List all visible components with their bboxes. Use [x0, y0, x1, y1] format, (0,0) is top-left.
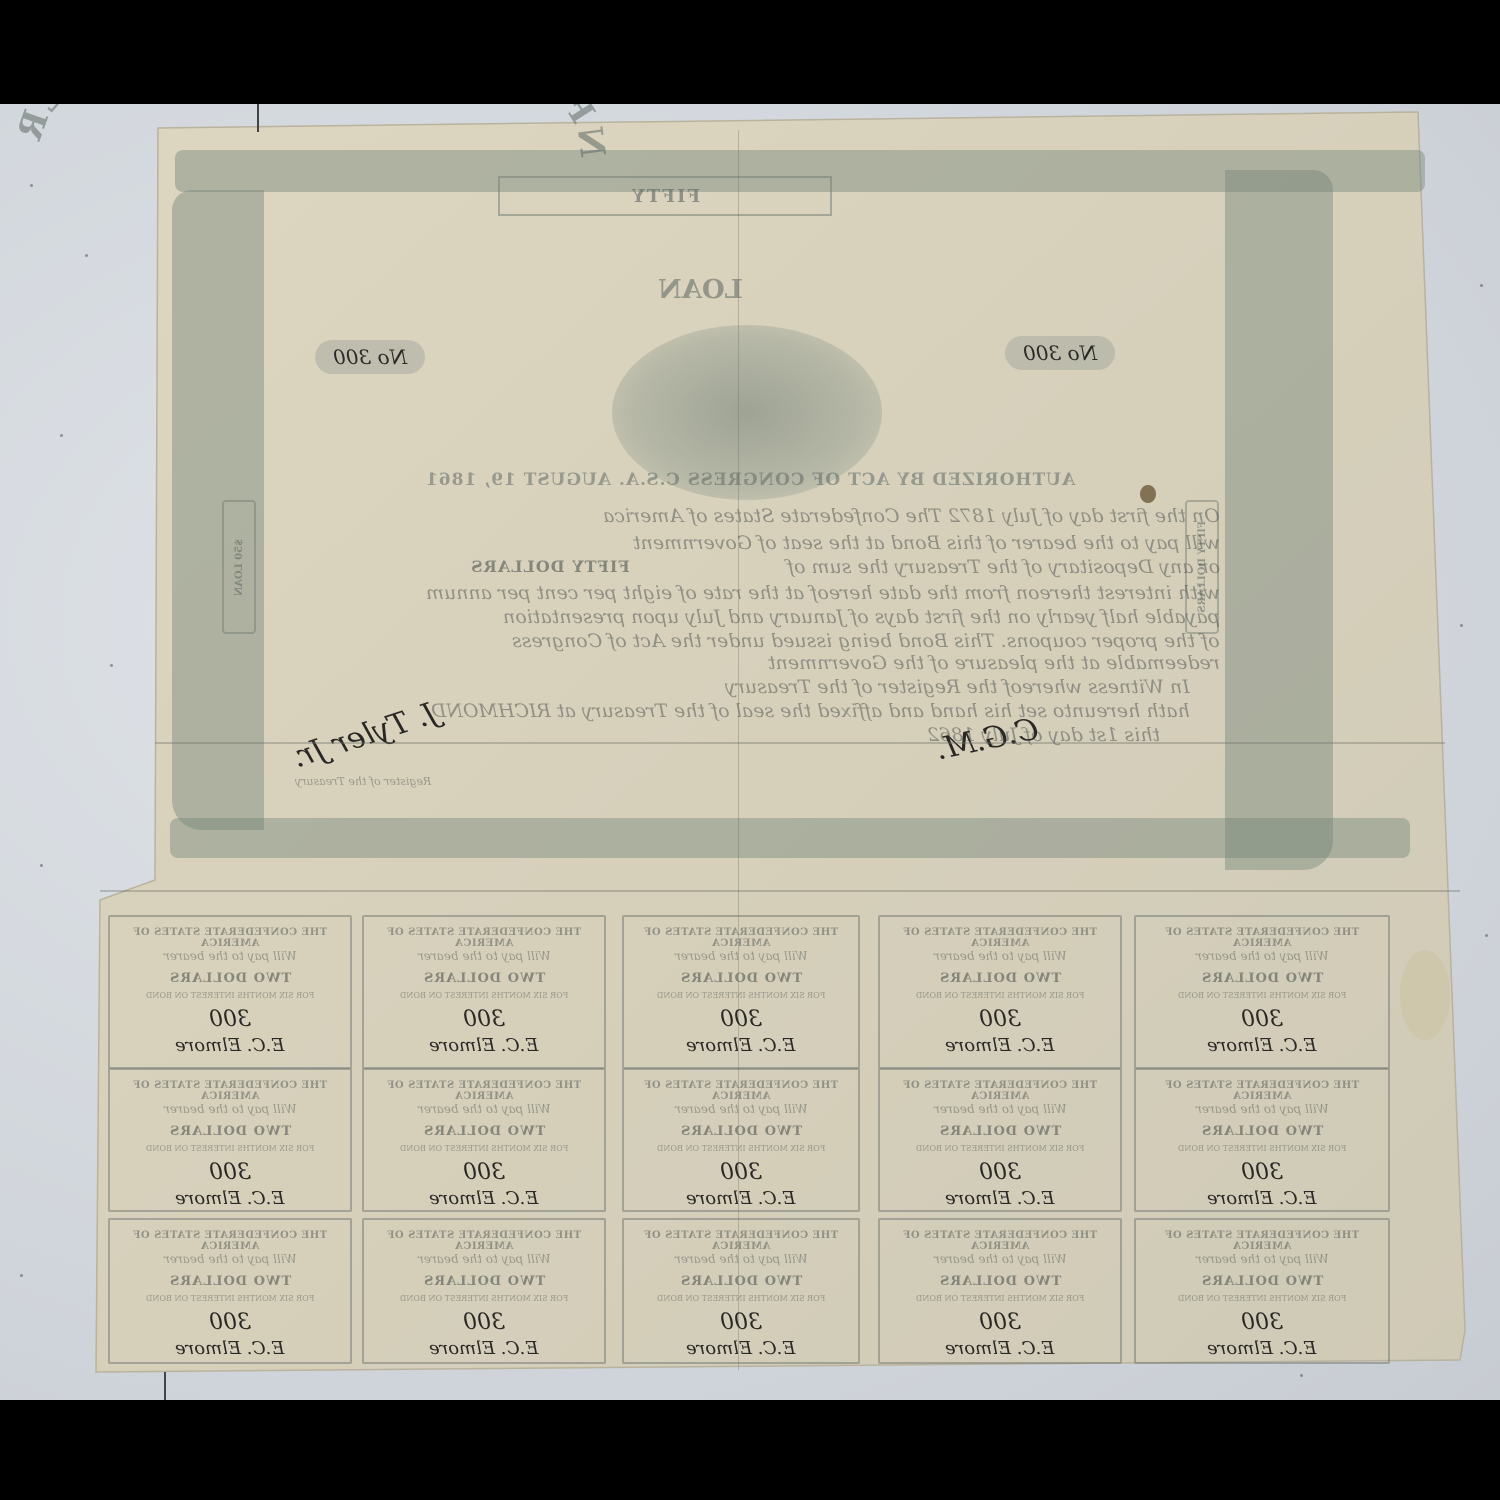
coupon-signature: E.C. Elmore [1136, 1035, 1388, 1056]
coupon-number-text: 300 [720, 1007, 762, 1032]
witness-line: In Witness whereof the Register of the T… [290, 676, 1190, 698]
coupon-heading-text: THE CONFEDERATE STATES OF AMERICA [110, 1230, 350, 1252]
top-denomination-tablet: FIFTY [498, 176, 832, 216]
side-tab-left-text: $50 LOAN [234, 539, 245, 596]
authorization-line: AUTHORIZED BY ACT OF CONGRESS C.S.A. AUG… [270, 470, 1230, 490]
coupon-signature: E.C. Elmore [1136, 1188, 1388, 1209]
coupon-script: Will pay to the bearer [880, 1102, 1120, 1116]
letterbox-bottom [0, 1400, 1500, 1500]
coupon-heading: THE CONFEDERATE STATES OF AMERICA [624, 927, 858, 949]
coupon-number: 300 [364, 1310, 604, 1335]
coupon-script: Will pay to the bearer [110, 949, 350, 963]
border-right [1225, 170, 1333, 870]
coupon-signature-text: E.C. Elmore [945, 1188, 1055, 1209]
coupon-signature: E.C. Elmore [624, 1035, 858, 1056]
coupon-heading: THE CONFEDERATE STATES OF AMERICA [880, 1230, 1120, 1252]
coupon-script-text: Will pay to the bearer [1196, 1102, 1329, 1116]
coupon-heading-text: THE CONFEDERATE STATES OF AMERICA [364, 927, 604, 949]
coupon-signature-text: E.C. Elmore [686, 1188, 796, 1209]
coupon-script-text: Will pay to the bearer [934, 1102, 1067, 1116]
coupon-signature: E.C. Elmore [110, 1338, 350, 1359]
coupon-script-text: Will pay to the bearer [1196, 1252, 1329, 1266]
coupon-signature: E.C. Elmore [364, 1035, 604, 1056]
coupon-number-text: 300 [979, 1310, 1021, 1335]
interest-coupon: THE CONFEDERATE STATES OF AMERICA Will p… [622, 915, 860, 1069]
coupon-interest: FOR SIX MONTHS INTEREST ON BOND [364, 1144, 604, 1153]
amount-words: FIFTY DOLLARS [470, 557, 630, 576]
coupon-amount: TWO DOLLARS [880, 1124, 1120, 1139]
coupon-number: 300 [1136, 1310, 1388, 1335]
coupon-signature: E.C. Elmore [880, 1338, 1120, 1359]
coupon-signature: E.C. Elmore [1136, 1338, 1388, 1359]
bond-body-line: with interest thereon from the date here… [290, 582, 1220, 604]
side-tablet-left: $50 LOAN [222, 500, 256, 634]
authorization-text: AUTHORIZED BY ACT OF CONGRESS C.S.A. AUG… [425, 470, 1075, 490]
coupon-perforation [100, 890, 1460, 892]
coupon-script: Will pay to the bearer [364, 949, 604, 963]
coupon-number-text: 300 [1241, 1007, 1283, 1032]
coupon-amount: TWO DOLLARS [1136, 1274, 1388, 1289]
coupon-amount-text: TWO DOLLARS [423, 1274, 545, 1289]
coupon-number-text: 300 [463, 1160, 505, 1185]
body-line-text: payable half yearly on the first days of… [503, 606, 1220, 628]
coupon-signature: E.C. Elmore [880, 1035, 1120, 1056]
witness-line-text: In Witness whereof the Register of the T… [725, 676, 1190, 698]
coupon-amount-text: TWO DOLLARS [423, 1124, 545, 1139]
bond-body-line: of the proper coupons. This Bond being i… [290, 630, 1220, 652]
letterbox-top [0, 0, 1500, 104]
coupon-script: Will pay to the bearer [1136, 1252, 1388, 1266]
stain-spot [1400, 950, 1450, 1040]
coupon-signature-text: E.C. Elmore [429, 1188, 539, 1209]
coupon-heading: THE CONFEDERATE STATES OF AMERICA [624, 1230, 858, 1252]
coupon-interest-text: FOR SIX MONTHS INTEREST ON BOND [916, 1294, 1084, 1303]
coupon-amount: TWO DOLLARS [624, 971, 858, 986]
coupon-heading-text: THE CONFEDERATE STATES OF AMERICA [1136, 927, 1388, 949]
coupon-script: Will pay to the bearer [624, 1102, 858, 1116]
coupon-heading: THE CONFEDERATE STATES OF AMERICA [880, 1080, 1120, 1102]
coupon-script-text: Will pay to the bearer [164, 949, 297, 963]
coupon-signature: E.C. Elmore [880, 1188, 1120, 1209]
coupon-heading-text: THE CONFEDERATE STATES OF AMERICA [880, 1230, 1120, 1252]
bond-body-line: On the first day of July 1872 The Confed… [290, 505, 1220, 527]
coupon-signature-text: E.C. Elmore [686, 1338, 796, 1359]
interest-coupon: THE CONFEDERATE STATES OF AMERICA Will p… [362, 1218, 606, 1364]
coupon-script: Will pay to the bearer [880, 949, 1120, 963]
coupon-interest: FOR SIX MONTHS INTEREST ON BOND [1136, 991, 1388, 1000]
coupon-heading: THE CONFEDERATE STATES OF AMERICA [110, 927, 350, 949]
coupon-signature-text: E.C. Elmore [1207, 1188, 1317, 1209]
body-line-text: or any Depositary of the Treasury the su… [787, 556, 1220, 578]
coupon-heading-text: THE CONFEDERATE STATES OF AMERICA [364, 1080, 604, 1102]
coupon-script: Will pay to the bearer [624, 949, 858, 963]
coupon-signature: E.C. Elmore [364, 1188, 604, 1209]
interest-coupon: THE CONFEDERATE STATES OF AMERICA Will p… [878, 1218, 1122, 1364]
coupon-number: 300 [110, 1310, 350, 1335]
register-caption: Register of the Treasury [295, 775, 431, 788]
coupon-amount: TWO DOLLARS [364, 1124, 604, 1139]
coupon-number-text: 300 [209, 1007, 251, 1032]
coupon-interest-text: FOR SIX MONTHS INTEREST ON BOND [916, 991, 1084, 1000]
coupon-signature: E.C. Elmore [110, 1188, 350, 1209]
interest-coupon: THE CONFEDERATE STATES OF AMERICA Will p… [108, 915, 352, 1069]
stain-spot [1140, 485, 1156, 503]
coupon-script: Will pay to the bearer [624, 1252, 858, 1266]
coupon-interest-text: FOR SIX MONTHS INTEREST ON BOND [400, 1294, 568, 1303]
coupon-amount-text: TWO DOLLARS [680, 1274, 802, 1289]
coupon-amount: TWO DOLLARS [364, 971, 604, 986]
coupon-signature-text: E.C. Elmore [945, 1035, 1055, 1056]
amount-words-text: FIFTY DOLLARS [470, 557, 630, 576]
coupon-interest: FOR SIX MONTHS INTEREST ON BOND [364, 991, 604, 1000]
coupon-interest-text: FOR SIX MONTHS INTEREST ON BOND [400, 1144, 568, 1153]
witness-line-2-text: hath hereunto set his hand and affixed t… [431, 700, 1190, 722]
coupon-script: Will pay to the bearer [1136, 949, 1388, 963]
coupon-number-text: 300 [209, 1310, 251, 1335]
coupon-amount: TWO DOLLARS [1136, 971, 1388, 986]
coupon-interest-text: FOR SIX MONTHS INTEREST ON BOND [146, 991, 314, 1000]
coupon-script-text: Will pay to the bearer [418, 1252, 551, 1266]
coupon-number-text: 300 [720, 1310, 762, 1335]
coupon-script-text: Will pay to the bearer [675, 1252, 808, 1266]
coupon-heading: THE CONFEDERATE STATES OF AMERICA [364, 927, 604, 949]
coupon-amount: TWO DOLLARS [880, 971, 1120, 986]
coupon-heading-text: THE CONFEDERATE STATES OF AMERICA [624, 927, 858, 949]
coupon-signature-text: E.C. Elmore [1207, 1035, 1317, 1056]
coupon-number-text: 300 [720, 1160, 762, 1185]
coupon-script: Will pay to the bearer [110, 1102, 350, 1116]
coupon-signature-text: E.C. Elmore [429, 1035, 539, 1056]
coupon-amount: TWO DOLLARS [624, 1274, 858, 1289]
coupon-heading: THE CONFEDERATE STATES OF AMERICA [1136, 1080, 1388, 1102]
coupon-signature-text: E.C. Elmore [945, 1338, 1055, 1359]
coupon-amount-text: TWO DOLLARS [1201, 1124, 1323, 1139]
coupon-script: Will pay to the bearer [364, 1252, 604, 1266]
coupon-amount-text: TWO DOLLARS [680, 971, 802, 986]
coupon-amount-text: TWO DOLLARS [939, 1124, 1061, 1139]
coupon-interest: FOR SIX MONTHS INTEREST ON BOND [880, 1294, 1120, 1303]
body-line-text: redeemable at the pleasure of the Govern… [768, 652, 1220, 674]
coupon-amount-text: TWO DOLLARS [169, 1274, 291, 1289]
coupon-heading: THE CONFEDERATE STATES OF AMERICA [1136, 1230, 1388, 1252]
coupon-signature: E.C. Elmore [110, 1035, 350, 1056]
coupon-interest: FOR SIX MONTHS INTEREST ON BOND [624, 1144, 858, 1153]
coupon-interest-text: FOR SIX MONTHS INTEREST ON BOND [1178, 991, 1346, 1000]
coupon-number: 300 [1136, 1007, 1388, 1032]
interest-coupon: THE CONFEDERATE STATES OF AMERICA Will p… [362, 915, 606, 1069]
coupon-heading-text: THE CONFEDERATE STATES OF AMERICA [1136, 1080, 1388, 1102]
interest-coupon: THE CONFEDERATE STATES OF AMERICA Will p… [108, 1068, 352, 1212]
coupon-number: 300 [110, 1160, 350, 1185]
interest-coupon: THE CONFEDERATE STATES OF AMERICA Will p… [622, 1218, 860, 1364]
body-line-text: will pay to the bearer of this Bond at t… [633, 532, 1220, 554]
coupon-amount-text: TWO DOLLARS [423, 971, 545, 986]
coupon-heading: THE CONFEDERATE STATES OF AMERICA [364, 1080, 604, 1102]
interest-coupon: THE CONFEDERATE STATES OF AMERICA Will p… [108, 1218, 352, 1364]
coupon-heading-text: THE CONFEDERATE STATES OF AMERICA [624, 1230, 858, 1252]
coupon-heading: THE CONFEDERATE STATES OF AMERICA [110, 1080, 350, 1102]
coupon-interest-text: FOR SIX MONTHS INTEREST ON BOND [400, 991, 568, 1000]
coupon-number: 300 [624, 1160, 858, 1185]
horizontal-fold [155, 742, 1445, 744]
coupon-amount: TWO DOLLARS [110, 1274, 350, 1289]
coupon-number: 300 [880, 1160, 1120, 1185]
body-line-text: with interest thereon from the date here… [426, 582, 1220, 604]
coupon-number: 300 [624, 1007, 858, 1032]
coupon-heading-text: THE CONFEDERATE STATES OF AMERICA [364, 1230, 604, 1252]
serial-number-left: No 300 [315, 340, 425, 374]
coupon-heading: THE CONFEDERATE STATES OF AMERICA [110, 1230, 350, 1252]
coupon-number-text: 300 [979, 1007, 1021, 1032]
coupon-interest-text: FOR SIX MONTHS INTEREST ON BOND [1178, 1294, 1346, 1303]
coupon-script: Will pay to the bearer [110, 1252, 350, 1266]
coupon-script-text: Will pay to the bearer [934, 949, 1067, 963]
coupon-heading-text: THE CONFEDERATE STATES OF AMERICA [1136, 1230, 1388, 1252]
serial-number-right: No 300 [1005, 336, 1115, 370]
coupon-interest: FOR SIX MONTHS INTEREST ON BOND [624, 991, 858, 1000]
coupon-signature-text: E.C. Elmore [1207, 1338, 1317, 1359]
coupon-interest-text: FOR SIX MONTHS INTEREST ON BOND [916, 1144, 1084, 1153]
coupon-signature-text: E.C. Elmore [686, 1035, 796, 1056]
interest-coupon: THE CONFEDERATE STATES OF AMERICA Will p… [878, 915, 1122, 1069]
coupon-amount: TWO DOLLARS [110, 1124, 350, 1139]
bond-document: FIFTY CONFEDERATE STATES OF AMERICA LOAN… [0, 0, 1500, 1500]
coupon-heading-text: THE CONFEDERATE STATES OF AMERICA [880, 927, 1120, 949]
coupon-signature-text: E.C. Elmore [175, 1338, 285, 1359]
coupon-signature-text: E.C. Elmore [429, 1338, 539, 1359]
coupon-number-text: 300 [979, 1160, 1021, 1185]
coupon-interest-text: FOR SIX MONTHS INTEREST ON BOND [657, 1144, 825, 1153]
coupon-script-text: Will pay to the bearer [1196, 949, 1329, 963]
coupon-signature: E.C. Elmore [624, 1338, 858, 1359]
interest-coupon: THE CONFEDERATE STATES OF AMERICA Will p… [1134, 1068, 1390, 1212]
coupon-amount-text: TWO DOLLARS [1201, 1274, 1323, 1289]
coupon-number-text: 300 [463, 1310, 505, 1335]
coupon-amount-text: TWO DOLLARS [169, 1124, 291, 1139]
coupon-number: 300 [880, 1310, 1120, 1335]
loan-subtitle: LOAN [640, 275, 760, 305]
coupon-script-text: Will pay to the bearer [418, 949, 551, 963]
coupon-interest: FOR SIX MONTHS INTEREST ON BOND [1136, 1294, 1388, 1303]
coupon-number: 300 [1136, 1160, 1388, 1185]
coupon-heading: THE CONFEDERATE STATES OF AMERICA [624, 1080, 858, 1102]
coupon-heading: THE CONFEDERATE STATES OF AMERICA [880, 927, 1120, 949]
coupon-script: Will pay to the bearer [1136, 1102, 1388, 1116]
bond-body-line: payable half yearly on the first days of… [290, 606, 1220, 628]
bond-body-line: or any Depositary of the Treasury the su… [290, 556, 1220, 578]
coupon-interest-text: FOR SIX MONTHS INTEREST ON BOND [657, 991, 825, 1000]
coupon-heading: THE CONFEDERATE STATES OF AMERICA [1136, 927, 1388, 949]
coupon-interest-text: FOR SIX MONTHS INTEREST ON BOND [146, 1144, 314, 1153]
coupon-amount: TWO DOLLARS [364, 1274, 604, 1289]
coupon-interest-text: FOR SIX MONTHS INTEREST ON BOND [657, 1294, 825, 1303]
coupon-signature: E.C. Elmore [364, 1338, 604, 1359]
coupon-amount-text: TWO DOLLARS [939, 971, 1061, 986]
coupon-number-text: 300 [209, 1160, 251, 1185]
coupon-script-text: Will pay to the bearer [675, 949, 808, 963]
coupon-number-text: 300 [1241, 1160, 1283, 1185]
interest-coupon: THE CONFEDERATE STATES OF AMERICA Will p… [622, 1068, 860, 1212]
coupon-interest: FOR SIX MONTHS INTEREST ON BOND [880, 991, 1120, 1000]
coupon-interest: FOR SIX MONTHS INTEREST ON BOND [624, 1294, 858, 1303]
coupon-number-text: 300 [1241, 1310, 1283, 1335]
coupon-number-text: 300 [463, 1007, 505, 1032]
coupon-signature: E.C. Elmore [624, 1188, 858, 1209]
coupon-interest: FOR SIX MONTHS INTEREST ON BOND [110, 991, 350, 1000]
bond-body-line: redeemable at the pleasure of the Govern… [290, 652, 1220, 674]
coupon-script-text: Will pay to the bearer [164, 1102, 297, 1116]
interest-coupon: THE CONFEDERATE STATES OF AMERICA Will p… [1134, 1218, 1390, 1364]
coupon-number: 300 [880, 1007, 1120, 1032]
coupon-script-text: Will pay to the bearer [164, 1252, 297, 1266]
coupon-amount: TWO DOLLARS [110, 971, 350, 986]
loan-subtitle-text: LOAN [658, 275, 743, 305]
coupon-script-text: Will pay to the bearer [934, 1252, 1067, 1266]
coupon-heading-text: THE CONFEDERATE STATES OF AMERICA [624, 1080, 858, 1102]
coupon-signature-text: E.C. Elmore [175, 1035, 285, 1056]
coupon-interest: FOR SIX MONTHS INTEREST ON BOND [110, 1144, 350, 1153]
coupon-interest: FOR SIX MONTHS INTEREST ON BOND [110, 1294, 350, 1303]
coupon-amount-text: TWO DOLLARS [939, 1274, 1061, 1289]
coupon-interest: FOR SIX MONTHS INTEREST ON BOND [1136, 1144, 1388, 1153]
coupon-amount-text: TWO DOLLARS [169, 971, 291, 986]
serial-right-text: No 300 [1023, 341, 1097, 365]
serial-left-text: No 300 [333, 345, 407, 369]
interest-coupon: THE CONFEDERATE STATES OF AMERICA Will p… [362, 1068, 606, 1212]
border-bottom [170, 818, 1410, 858]
coupon-interest: FOR SIX MONTHS INTEREST ON BOND [880, 1144, 1120, 1153]
coupon-script: Will pay to the bearer [364, 1102, 604, 1116]
body-line-text: On the first day of July 1872 The Confed… [603, 505, 1220, 527]
coupon-amount-text: TWO DOLLARS [680, 1124, 802, 1139]
bond-body-line: will pay to the bearer of this Bond at t… [290, 532, 1220, 554]
coupon-number: 300 [364, 1160, 604, 1185]
coupon-script-text: Will pay to the bearer [675, 1102, 808, 1116]
interest-coupon: THE CONFEDERATE STATES OF AMERICA Will p… [1134, 915, 1390, 1069]
top-tablet-text: FIFTY [630, 186, 700, 207]
coupon-heading: THE CONFEDERATE STATES OF AMERICA [364, 1230, 604, 1252]
coupon-heading-text: THE CONFEDERATE STATES OF AMERICA [110, 927, 350, 949]
coupon-number: 300 [364, 1007, 604, 1032]
coupon-amount-text: TWO DOLLARS [1201, 971, 1323, 986]
coupon-interest: FOR SIX MONTHS INTEREST ON BOND [364, 1294, 604, 1303]
coupon-heading-text: THE CONFEDERATE STATES OF AMERICA [110, 1080, 350, 1102]
interest-coupon: THE CONFEDERATE STATES OF AMERICA Will p… [878, 1068, 1122, 1212]
register-caption-text: Register of the Treasury [295, 775, 431, 788]
coupon-amount: TWO DOLLARS [624, 1124, 858, 1139]
coupon-heading-text: THE CONFEDERATE STATES OF AMERICA [880, 1080, 1120, 1102]
coupon-signature-text: E.C. Elmore [175, 1188, 285, 1209]
coupon-script-text: Will pay to the bearer [418, 1102, 551, 1116]
coupon-number: 300 [624, 1310, 858, 1335]
coupon-amount: TWO DOLLARS [880, 1274, 1120, 1289]
coupon-amount: TWO DOLLARS [1136, 1124, 1388, 1139]
coupon-script: Will pay to the bearer [880, 1252, 1120, 1266]
body-line-text: of the proper coupons. This Bond being i… [512, 630, 1220, 652]
coupon-interest-text: FOR SIX MONTHS INTEREST ON BOND [146, 1294, 314, 1303]
coupon-interest-text: FOR SIX MONTHS INTEREST ON BOND [1178, 1144, 1346, 1153]
coupon-number: 300 [110, 1007, 350, 1032]
